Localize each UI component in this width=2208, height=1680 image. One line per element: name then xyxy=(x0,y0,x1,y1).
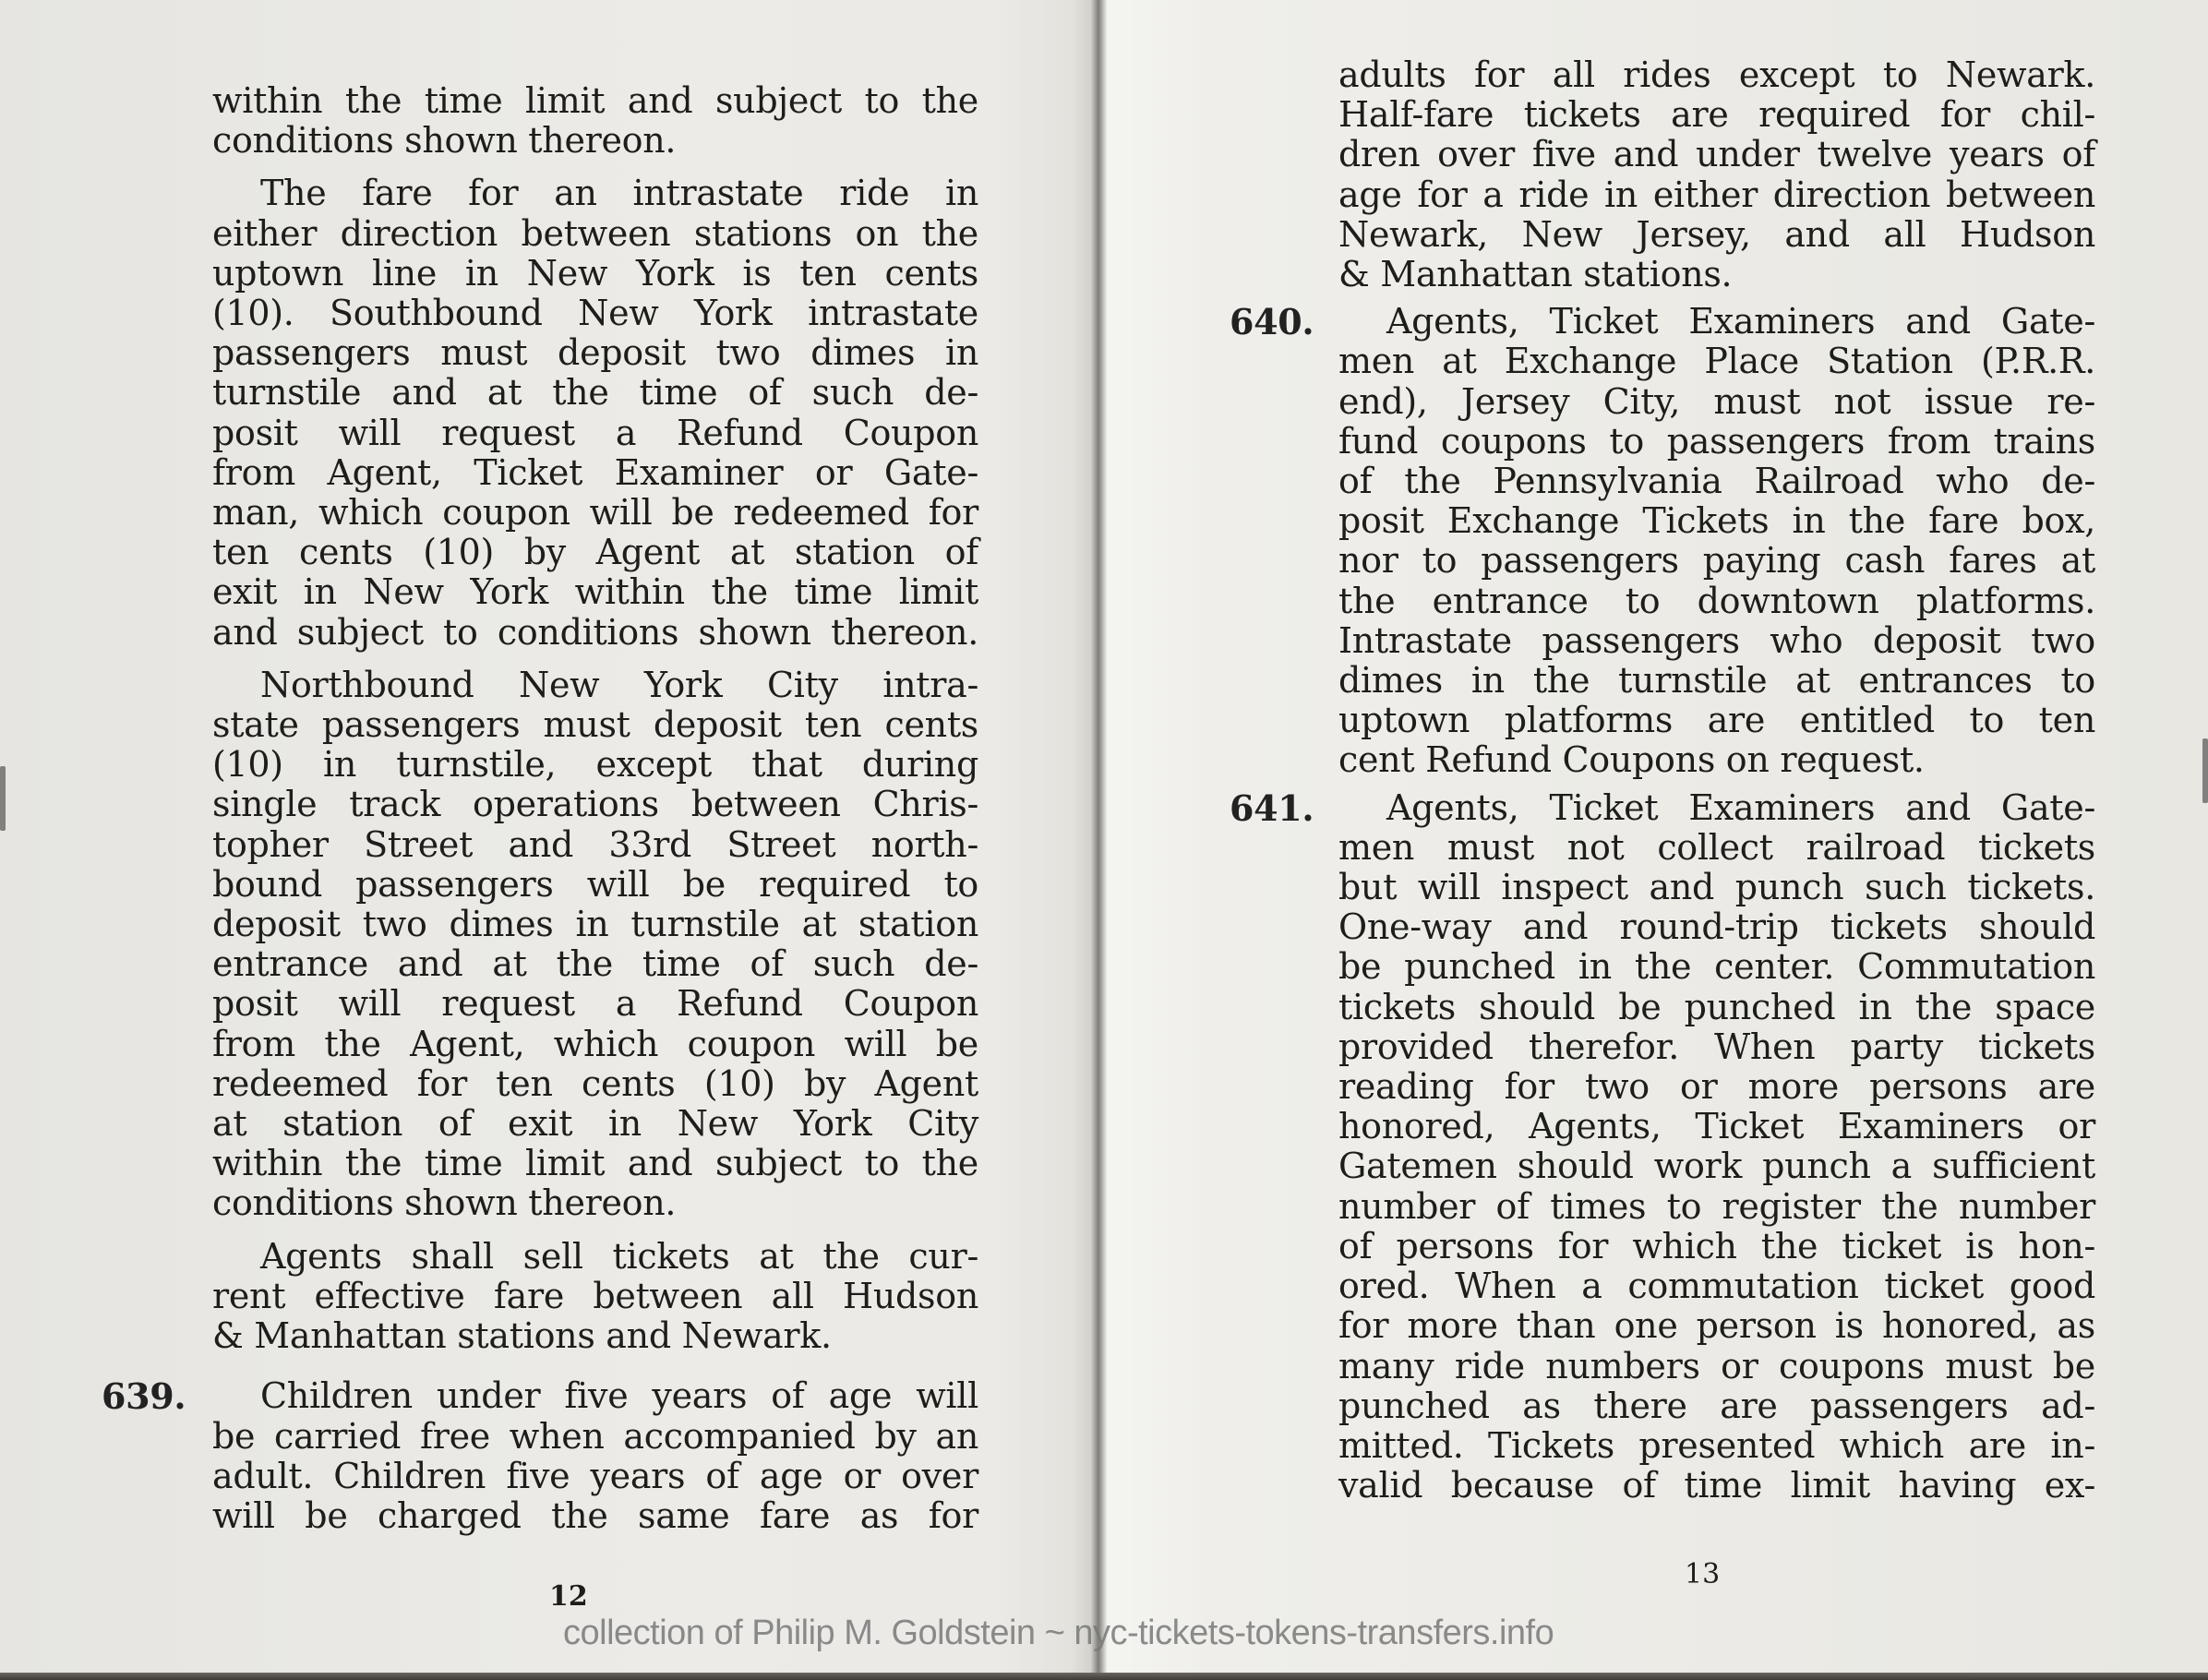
rule-number: 640. xyxy=(1230,302,1314,342)
text-line: from the Agent, which coupon will be xyxy=(212,1025,978,1064)
rule-641: 641. Agents, Ticket Examiners and Gate- … xyxy=(1338,788,2095,1506)
text-line: nor to passengers paying cash fares at xyxy=(1338,541,2095,581)
text-line: but will inspect and punch such tickets. xyxy=(1338,868,2095,907)
text-line: The fare for an intrastate ride in xyxy=(212,174,978,213)
text-line: men must not collect railroad tickets xyxy=(1338,828,2095,868)
text-line: end), Jersey City, must not issue re- xyxy=(1338,382,2095,422)
text-line: redeemed for ten cents (10) by Agent xyxy=(212,1064,978,1104)
text-line: mitted. Tickets presented which are in- xyxy=(1338,1426,2095,1466)
text-line: posit will request a Refund Coupon xyxy=(212,414,978,453)
text-line: reading for two or more persons are xyxy=(1338,1067,2095,1107)
text-line: number of times to register the number xyxy=(1338,1187,2095,1227)
text-line: fund coupons to passengers from trains xyxy=(1338,422,2095,462)
left-page-text: within the time limit and subject to the… xyxy=(212,81,978,1536)
text-line: Children under five years of age will xyxy=(212,1376,978,1416)
right-page-text: adults for all rides except to Newark. H… xyxy=(1338,55,2095,1506)
text-line: exit in New York within the time limit xyxy=(212,572,978,612)
text-line: Agents, Ticket Examiners and Gate- xyxy=(1338,302,2095,342)
paragraph-northbound: Northbound New York City intra- state pa… xyxy=(212,666,978,1224)
text-line: Intrastate passengers who deposit two xyxy=(1338,621,2095,661)
rule-number: 641. xyxy=(1230,788,1314,828)
text-line: will be charged the same fare as for xyxy=(212,1496,978,1536)
text-line: men at Exchange Place Station (P.R.R. xyxy=(1338,342,2095,381)
text-line: posit Exchange Tickets in the fare box, xyxy=(1338,501,2095,541)
text-line: within the time limit and subject to the xyxy=(212,81,978,121)
text-line: dren over five and under twelve years of xyxy=(1338,135,2095,174)
page-number: 13 xyxy=(1685,1558,1720,1590)
paragraph-agents-sell: Agents shall sell tickets at the cur- re… xyxy=(212,1237,978,1357)
text-line: turnstile and at the time of such de- xyxy=(212,373,978,413)
rule-number: 639. xyxy=(102,1376,186,1416)
text-line: single track operations between Chris- xyxy=(212,785,978,824)
text-line: be punched in the center. Commutation xyxy=(1338,947,2095,987)
text-line: Newark, New Jersey, and all Hudson xyxy=(1338,215,2095,255)
text-line: cent Refund Coupons on request. xyxy=(1338,740,2095,780)
text-line: rent effective fare between all Hudson xyxy=(212,1277,978,1316)
text-line: of the Pennsylvania Railroad who de- xyxy=(1338,462,2095,501)
text-line: & Manhattan stations and Newark. xyxy=(212,1316,978,1356)
text-line: honored, Agents, Ticket Examiners or xyxy=(1338,1107,2095,1146)
text-line: bound passengers will be required to xyxy=(212,865,978,905)
text-line: and subject to conditions shown thereon. xyxy=(212,613,978,653)
text-line: One-way and round-trip tickets should xyxy=(1338,907,2095,947)
text-line: for more than one person is honored, as xyxy=(1338,1306,2095,1346)
text-line: ten cents (10) by Agent at station of xyxy=(212,533,978,572)
page-bottom-edge xyxy=(0,1673,2208,1680)
text-line: Half-fare tickets are required for chil- xyxy=(1338,95,2095,135)
text-line: adult. Children five years of age or ove… xyxy=(212,1457,978,1496)
text-line: tickets should be punched in the space xyxy=(1338,988,2095,1027)
text-line: the entrance to downtown platforms. xyxy=(1338,582,2095,621)
text-line: state passengers must deposit ten cents xyxy=(212,705,978,745)
text-line: (10) in turnstile, except that during xyxy=(212,745,978,785)
continuation-paragraph: within the time limit and subject to the… xyxy=(212,81,978,161)
text-line: of persons for which the ticket is hon- xyxy=(1338,1227,2095,1266)
text-line: ored. When a commutation ticket good xyxy=(1338,1266,2095,1306)
binding-notch-right xyxy=(2202,738,2208,803)
text-line: provided therefor. When party tickets xyxy=(1338,1027,2095,1067)
text-line: uptown platforms are entitled to ten xyxy=(1338,701,2095,740)
text-line: valid because of time limit having ex- xyxy=(1338,1466,2095,1506)
text-line: from Agent, Ticket Examiner or Gate- xyxy=(212,453,978,493)
text-line: many ride numbers or coupons must be xyxy=(1338,1347,2095,1386)
text-line: adults for all rides except to Newark. xyxy=(1338,55,2095,95)
text-line: uptown line in New York is ten cents xyxy=(212,254,978,294)
text-line: posit will request a Refund Coupon xyxy=(212,984,978,1024)
text-line: at station of exit in New York City xyxy=(212,1104,978,1144)
page-number: 12 xyxy=(549,1580,588,1613)
text-line: passengers must deposit two dimes in xyxy=(212,333,978,373)
text-line: age for a ride in either direction betwe… xyxy=(1338,175,2095,215)
text-line: punched as there are passengers ad- xyxy=(1338,1386,2095,1426)
text-line: Northbound New York City intra- xyxy=(212,666,978,705)
paragraph-intrastate-fare: The fare for an intrastate ride in eithe… xyxy=(212,174,978,652)
binding-notch-left xyxy=(0,766,6,831)
text-line: dimes in the turnstile at entrances to xyxy=(1338,661,2095,701)
text-line: deposit two dimes in turnstile at statio… xyxy=(212,905,978,944)
rule-640: 640. Agents, Ticket Examiners and Gate- … xyxy=(1338,302,2095,780)
text-line: man, which coupon will be redeemed for xyxy=(212,493,978,533)
text-line: either direction between stations on the xyxy=(212,214,978,254)
text-line: (10). Southbound New York intrastate xyxy=(212,294,978,333)
text-line: conditions shown thereon. xyxy=(212,1183,978,1223)
text-line: topher Street and 33rd Street north- xyxy=(212,825,978,865)
continuation-paragraph: adults for all rides except to Newark. H… xyxy=(1338,55,2095,294)
text-line: Agents shall sell tickets at the cur- xyxy=(212,1237,978,1277)
text-line: Gatemen should work punch a sufficient xyxy=(1338,1146,2095,1186)
text-line: within the time limit and subject to the xyxy=(212,1144,978,1183)
text-line: be carried free when accompanied by an xyxy=(212,1417,978,1457)
collection-watermark: collection of Philip M. Goldstein ~ nyc-… xyxy=(563,1614,1554,1653)
text-line: entrance and at the time of such de- xyxy=(212,944,978,984)
rule-639: 639. Children under five years of age wi… xyxy=(212,1376,978,1536)
text-line: conditions shown thereon. xyxy=(212,121,978,161)
text-line: & Manhattan stations. xyxy=(1338,255,2095,294)
text-line: Agents, Ticket Examiners and Gate- xyxy=(1338,788,2095,828)
